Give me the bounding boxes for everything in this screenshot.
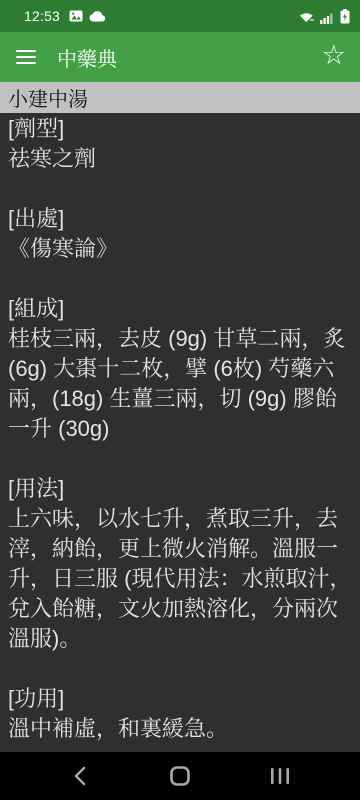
- section-label: [出處]: [8, 204, 352, 234]
- entry-title: 小建中湯: [8, 83, 88, 112]
- section-body: 桂枝三兩，去皮 (9g) 甘草二兩，炙 (6g) 大棗十二枚，擘 (6枚) 芍藥…: [8, 324, 352, 444]
- cloud-icon: [89, 11, 106, 22]
- section-label: [用法]: [8, 474, 352, 504]
- status-bar: 12:53: [0, 0, 360, 32]
- section-label: [組成]: [8, 294, 352, 324]
- section-usage: [用法] 上六味，以水七升，煮取三升，去滓，納飴，更上微火消解。溫服一升，日三服…: [8, 474, 352, 654]
- star-outline-icon[interactable]: ☆: [322, 42, 346, 72]
- recents-bars-icon: [270, 767, 290, 785]
- recents-button[interactable]: [260, 752, 300, 800]
- image-icon: [69, 10, 83, 22]
- section-label: [劑型]: [8, 114, 352, 144]
- home-squircle-icon: [170, 766, 190, 786]
- phone-screen: 12:53: [0, 0, 360, 800]
- section-body: 上六味，以水七升，煮取三升，去滓，納飴，更上微火消解。溫服一升，日三服 (現代用…: [8, 504, 352, 654]
- section-label: [功用]: [8, 684, 352, 714]
- battery-charging-icon: [340, 9, 350, 24]
- entry-content[interactable]: [劑型] 祛寒之劑 [出處] 《傷寒論》 [組成] 桂枝三兩，去皮 (9g) 甘…: [0, 113, 360, 752]
- section-dosage-form: [劑型] 祛寒之劑: [8, 114, 352, 174]
- wifi-icon: [299, 11, 315, 24]
- status-time: 12:53: [24, 8, 60, 24]
- app-bar: 中藥典 ☆: [0, 32, 360, 82]
- section-function: [功用] 溫中補虛，和裏緩急。: [8, 684, 352, 744]
- back-button[interactable]: [60, 752, 100, 800]
- section-source: [出處] 《傷寒論》: [8, 204, 352, 264]
- section-composition: [組成] 桂枝三兩，去皮 (9g) 甘草二兩，炙 (6g) 大棗十二枚，擘 (6…: [8, 294, 352, 444]
- section-body: 《傷寒論》: [8, 234, 352, 264]
- status-left-icons: [69, 10, 106, 22]
- navigation-bar: [0, 752, 360, 800]
- home-button[interactable]: [160, 752, 200, 800]
- entry-header: 小建中湯: [0, 82, 360, 113]
- hamburger-menu-icon[interactable]: [16, 50, 36, 65]
- section-body: 溫中補虛，和裏緩急。: [8, 714, 352, 744]
- section-body: 祛寒之劑: [8, 144, 352, 174]
- app-title: 中藥典: [57, 43, 117, 72]
- back-chevron-icon: [74, 766, 86, 786]
- signal-strength-icon: [320, 12, 335, 24]
- status-right-icons: [299, 9, 350, 24]
